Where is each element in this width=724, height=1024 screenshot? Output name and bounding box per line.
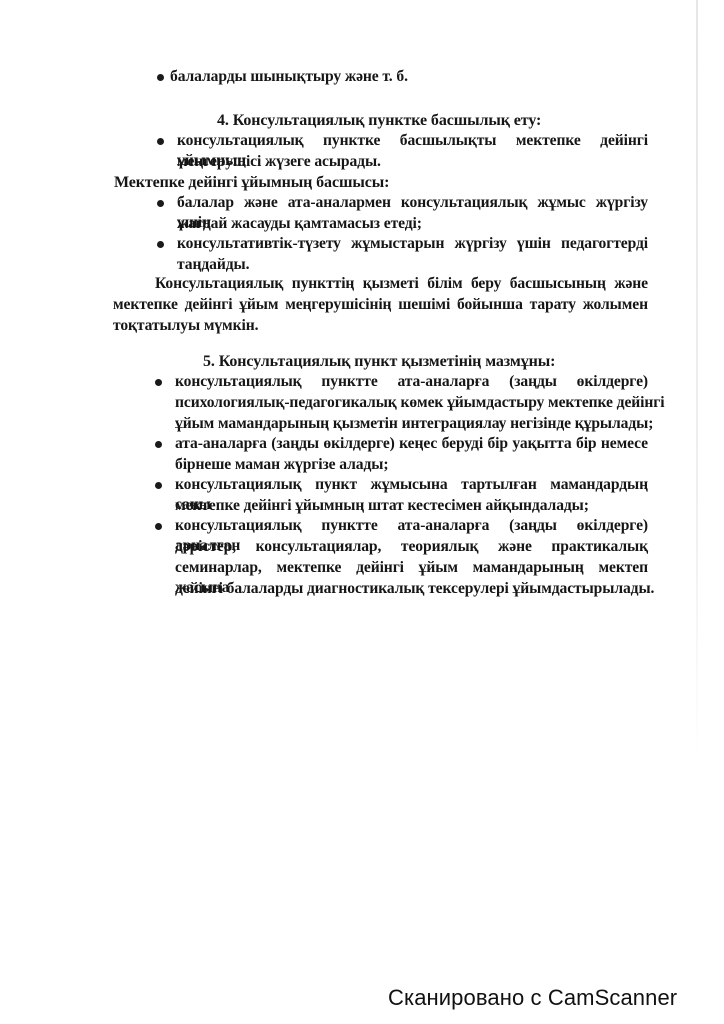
paragraph-line: Консультациялық пункттің қызметі білім б… xyxy=(155,274,648,294)
bullet-icon xyxy=(155,523,162,530)
list-item-line: жағдай жасауды қамтамасыз етеді; xyxy=(177,214,422,234)
bullet-icon xyxy=(155,482,162,489)
section-5-heading: 5. Консультациялық пункт қызметінің мазм… xyxy=(203,352,555,372)
list-item-line: консультативтік-түзету жұмыстарын жүргіз… xyxy=(177,234,648,254)
bullet-icon xyxy=(157,138,164,145)
list-item-line: дейінгі балаларды диагностикалық тексеру… xyxy=(175,579,654,599)
list-item-line: психологиялық-педагогикалық көмек ұйымда… xyxy=(175,393,665,413)
scanned-document-page: балаларды шынықтыру және т. б. 4. Консул… xyxy=(0,0,724,1024)
paragraph-line: тоқтатылуы мүмкін. xyxy=(113,316,258,336)
bullet-icon xyxy=(155,441,162,448)
list-item-line: бірнеше маман жүргізе алады; xyxy=(175,455,388,475)
paragraph-line: мектепке дейінгі ұйым меңгерушісінің шеш… xyxy=(113,295,648,315)
list-item-line: ұйым мамандарының қызметін интеграциялау… xyxy=(175,414,653,434)
list-item: балаларды шынықтыру және т. б. xyxy=(170,67,408,87)
scan-edge-line xyxy=(696,0,698,760)
bullet-icon xyxy=(157,241,164,248)
section-4-heading: 4. Консультациялық пунктке басшылық ету: xyxy=(217,111,541,131)
bullet-icon xyxy=(155,379,162,386)
bullet-icon xyxy=(157,74,164,81)
list-item-line: мектепке дейінгі ұйымның штат кестесімен… xyxy=(175,496,589,516)
camscanner-watermark: Сканировано с CamScanner xyxy=(388,985,677,1011)
list-item-line: дәрістер, консультациялар, теориялық жән… xyxy=(175,537,648,557)
list-item-line: ата-аналарға (заңды өкілдерге) кеңес бер… xyxy=(175,434,648,454)
list-item-line: меңгерушісі жүзеге асырады. xyxy=(177,152,381,172)
list-item-line: таңдайды. xyxy=(177,255,249,275)
list-item-line: консультациялық пунктте ата-аналарға (за… xyxy=(175,372,648,392)
subheading-head-of-organization: Мектепке дейінгі ұйымның басшысы: xyxy=(114,173,389,193)
bullet-icon xyxy=(157,200,164,207)
